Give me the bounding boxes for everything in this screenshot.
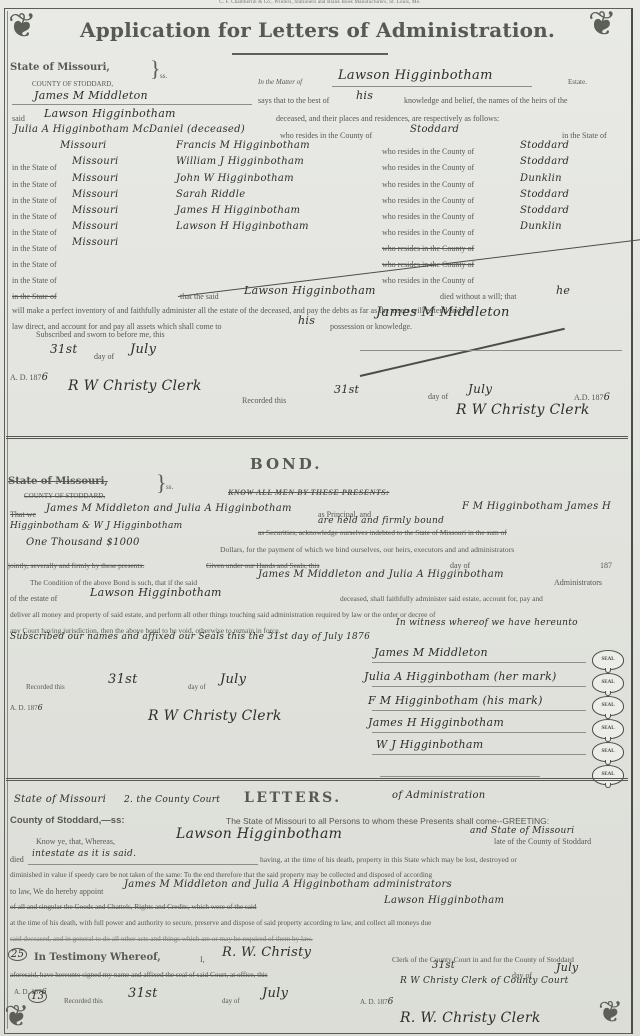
who-resides-label: who resides in the County of bbox=[382, 228, 474, 237]
letters-title: LETTERS. bbox=[244, 790, 342, 806]
document-page: C. F. Chamberlin & Co., Printers, Statio… bbox=[0, 0, 640, 1036]
decedent-name: Lawson Higginbotham bbox=[244, 284, 376, 297]
bond-ad: A. D. 1876 bbox=[10, 703, 43, 712]
signature-line bbox=[372, 686, 586, 687]
in-state-label: in the State of bbox=[12, 180, 57, 189]
recorded-day: 31st bbox=[108, 672, 138, 687]
signature-line bbox=[372, 662, 586, 663]
title-divider bbox=[232, 53, 388, 55]
month-value: July bbox=[130, 342, 156, 357]
heir-county: Stoddard bbox=[520, 205, 569, 216]
administrators: James M Middleton and Julia A Higginboth… bbox=[258, 569, 504, 580]
said-deceased-text: said deceased, and in general to do all … bbox=[10, 935, 313, 943]
office-month: July bbox=[556, 961, 578, 974]
heir-county: Dunklin bbox=[520, 221, 562, 232]
in-state-label: in the State of bbox=[12, 292, 57, 301]
recorded-day: 31st bbox=[334, 383, 359, 396]
heir-name: Francis M Higginbotham bbox=[176, 140, 310, 151]
corner-ornament-bottom-left-icon: ❦ bbox=[4, 1002, 29, 1032]
intestate-note: intestate as it is said. bbox=[32, 849, 136, 859]
who-resides-label: who resides in the County of bbox=[382, 276, 474, 285]
seal-icon: SEAL bbox=[592, 765, 624, 785]
heir-name: James H Higginbotham bbox=[176, 205, 300, 216]
who-resides-label: who resides in the County of bbox=[280, 131, 372, 140]
i-label: I, bbox=[200, 955, 205, 964]
heir-name: William J Higginbotham bbox=[176, 156, 304, 167]
that-said-label: that the said bbox=[180, 292, 219, 301]
applicant-name: James M Middleton bbox=[34, 89, 148, 102]
heir-state: Missouri bbox=[60, 140, 107, 151]
brace: } bbox=[156, 472, 167, 494]
office-day: 31st bbox=[432, 960, 455, 971]
day-value: 31st bbox=[50, 342, 77, 356]
diminished-text: diminished in value if speedy care be no… bbox=[10, 871, 432, 879]
as-securities-text: as Securities, acknowledge ourselves ind… bbox=[258, 528, 507, 537]
heir-state: Missouri bbox=[72, 156, 119, 167]
application-county: COUNTY OF STODDARD, bbox=[32, 80, 113, 88]
bond-signature: F M Higginbotham (his mark) bbox=[368, 694, 543, 707]
clerk-county-court-signature: R W Christy Clerk of County Court bbox=[400, 976, 569, 986]
in-state-label: in the State of bbox=[562, 131, 607, 140]
brace: } bbox=[150, 58, 161, 80]
recorded-day-of-label: day of bbox=[428, 392, 448, 401]
county-court-note: 2. the County Court bbox=[124, 795, 220, 805]
sureties: F M Higginbotham James H bbox=[462, 501, 611, 512]
fill-line bbox=[28, 864, 258, 865]
bond-signature: Julia A Higginbotham (her mark) bbox=[364, 670, 557, 683]
bond-signature: James H Higginbotham bbox=[368, 716, 504, 729]
signature-line bbox=[372, 710, 586, 711]
applicant-signature: James M Middleton bbox=[376, 305, 510, 320]
principals: James M Middleton and Julia A Higginboth… bbox=[46, 503, 292, 514]
heir-county: Stoddard bbox=[520, 189, 569, 200]
bond-title: BOND. bbox=[250, 455, 322, 473]
faithfully-text: deceased, shall faithfully administer sa… bbox=[340, 594, 543, 603]
application-state: State of Missouri, bbox=[10, 62, 110, 73]
signature-line bbox=[372, 732, 586, 733]
heir-state: Missouri bbox=[72, 189, 119, 200]
in-state-label: in the State of bbox=[12, 228, 57, 237]
subscribed-text: Subscribed and sworn to before me, this bbox=[36, 330, 165, 339]
decedent-name: Lawson Higginbotham bbox=[176, 826, 342, 842]
heir-county: Stoddard bbox=[520, 156, 569, 167]
recorded-month: July bbox=[262, 986, 288, 1001]
ss-label: ss. bbox=[166, 483, 173, 491]
clerk-of-text: Clerk of the County Court in and for the… bbox=[392, 955, 574, 964]
late-of-text: late of the County of Stoddard bbox=[494, 837, 591, 846]
who-resides-label: who resides in the County of bbox=[382, 180, 474, 189]
who-resides-label: who resides in the County of bbox=[382, 147, 474, 156]
seal-icon: SEAL bbox=[592, 719, 624, 739]
corner-ornament-right-icon: ❦ bbox=[588, 8, 617, 42]
in-state-label: in the State of bbox=[12, 212, 57, 221]
heir-name: Lawson H Higginbotham bbox=[176, 221, 309, 232]
that-we-label: That we bbox=[10, 510, 36, 519]
final-clerk-signature: R. W. Christy Clerk bbox=[400, 1010, 541, 1026]
decedent-name: Lawson Higginbotham bbox=[44, 107, 176, 120]
aforesaid-text: aforesaid, have hereunto signed my name … bbox=[10, 971, 268, 979]
decedent-name: Lawson Higginbotham bbox=[338, 68, 493, 83]
died-text: died without a will; that bbox=[440, 292, 516, 301]
fill-line bbox=[332, 86, 532, 87]
corner-ornament-bottom-right-icon: ❦ bbox=[598, 998, 623, 1028]
section-divider bbox=[6, 436, 628, 439]
heir-state: Missouri bbox=[72, 221, 119, 232]
who-resides-label: who resides in the County of bbox=[382, 196, 474, 205]
who-resides-label: who resides in the County of bbox=[382, 212, 474, 221]
recorded-month: July bbox=[468, 382, 492, 396]
to-law-text: to law, We do hereby appoint bbox=[10, 887, 103, 896]
in-state-label: in the State of bbox=[12, 163, 57, 172]
subscribed-clause: Subscribed our names and affixed our Sea… bbox=[10, 632, 370, 642]
heir-state: Missouri bbox=[72, 173, 119, 184]
clerk-name: R. W. Christy bbox=[222, 945, 311, 960]
signature-line bbox=[372, 754, 586, 755]
recorded-this-label: Recorded this bbox=[242, 396, 286, 405]
greeting-text: The State of Missouri to all Persons to … bbox=[226, 816, 549, 826]
pronoun: he bbox=[556, 284, 570, 297]
heir-county: Stoddard bbox=[520, 140, 569, 151]
bond-amount: One Thousand $1000 bbox=[26, 537, 140, 548]
of-estate-label: of the estate of bbox=[10, 594, 57, 603]
heir-county: Stoddard bbox=[410, 124, 459, 135]
administrator-label: Administrators bbox=[554, 578, 602, 587]
section-divider bbox=[6, 778, 628, 781]
know-all-text: KNOW ALL MEN BY THESE PRESENTS: bbox=[228, 488, 389, 497]
died-label: died bbox=[10, 855, 24, 864]
corner-ornament-left-icon: ❦ bbox=[8, 10, 37, 44]
appointees: James M Middleton and Julia A Higginboth… bbox=[124, 879, 452, 890]
recorded-this-label: Recorded this bbox=[26, 683, 65, 691]
in-state-label: in the State of bbox=[12, 196, 57, 205]
held-bound-insert: are held and firmly bound bbox=[318, 516, 444, 526]
seal-icon: SEAL bbox=[592, 673, 624, 693]
heir-state: Missouri bbox=[72, 205, 119, 216]
deliver-text: deliver all money and property of said e… bbox=[10, 610, 435, 619]
heir-name: Julia A Higginbotham McDaniel (deceased) bbox=[14, 124, 245, 135]
pronoun: his bbox=[298, 314, 315, 327]
recorded-day: 31st bbox=[128, 986, 158, 1001]
said-label: said bbox=[12, 114, 25, 123]
recorded-day-of-label: day of bbox=[188, 683, 206, 691]
clerk-signature: R W Christy Clerk bbox=[68, 378, 202, 394]
recording-clerk-signature: R W Christy Clerk bbox=[456, 402, 590, 418]
clerk-signature: R W Christy Clerk bbox=[148, 708, 282, 724]
heir-name: Sarah Riddle bbox=[176, 189, 245, 200]
in-state-label: in the State of bbox=[12, 244, 57, 253]
dollars-text: Dollars, for the payment of which we bin… bbox=[220, 545, 514, 554]
estate-label: Estate. bbox=[568, 78, 587, 86]
deceased-text: deceased, and their places and residence… bbox=[276, 114, 499, 123]
recorded-month: July bbox=[220, 672, 246, 687]
jointly-text: jointly, severally and firmly by these p… bbox=[8, 561, 144, 570]
signature-line bbox=[360, 350, 622, 351]
signature-line bbox=[380, 776, 540, 777]
pronoun: his bbox=[356, 89, 373, 102]
day-of-label: day of bbox=[94, 352, 114, 361]
printer-line: C. F. Chamberlin & Co., Printers, Statio… bbox=[0, 0, 640, 5]
letters-county: County of Stoddard,—ss: bbox=[10, 815, 125, 826]
application-title: Application for Letters of Administratio… bbox=[80, 18, 555, 42]
decedent-name: Lawson Higginbotham bbox=[384, 895, 504, 906]
in-state-label: in the State of bbox=[12, 276, 57, 285]
recorded-day-of-label: day of bbox=[222, 997, 240, 1005]
fill-line bbox=[12, 104, 252, 105]
state-addendum: and State of Missouri bbox=[470, 826, 574, 836]
possession-text: possession or knowledge. bbox=[330, 322, 412, 331]
ad-label: A. D. 1876 bbox=[10, 372, 48, 383]
bond-signature: James M Middleton bbox=[374, 646, 488, 659]
letters-recorded-ad: A. D. 1876 bbox=[360, 997, 394, 1007]
know-ye-text: Know ye, that, Whereas, bbox=[36, 837, 115, 846]
letters-title-addendum: of Administration bbox=[392, 790, 486, 801]
knowledge-text: knowledge and belief, the names of the h… bbox=[404, 96, 568, 105]
bond-state: State of Missouri, bbox=[8, 476, 108, 487]
heir-county: Dunklin bbox=[520, 173, 562, 184]
ss-label: ss. bbox=[160, 72, 167, 80]
seal-icon: SEAL bbox=[592, 742, 624, 762]
having-text: having, at the time of his death, proper… bbox=[260, 855, 517, 864]
sureties: Higginbotham & W J Higginbotham bbox=[10, 521, 182, 531]
heir-state: Missouri bbox=[72, 237, 119, 248]
says-text: says that to the best of bbox=[258, 96, 329, 105]
in-state-label: in the State of bbox=[12, 260, 57, 269]
who-resides-label: who resides in the County of bbox=[382, 163, 474, 172]
recorded-this-label: Recorded this bbox=[64, 997, 103, 1005]
of-all-text: of all and singular the Goods and Chatte… bbox=[10, 903, 257, 911]
seal-icon: SEAL bbox=[592, 650, 624, 670]
decedent-name: Lawson Higginbotham bbox=[90, 586, 222, 599]
testimony-heading: In Testimony Whereof, bbox=[34, 952, 161, 963]
seal-icon: SEAL bbox=[592, 696, 624, 716]
who-resides-label: who resides in the County of bbox=[382, 244, 474, 253]
in-matter-label: In the Matter of bbox=[258, 78, 302, 86]
heir-name: John W Higginbotham bbox=[176, 173, 294, 184]
witness-clause: In witness whereof we have hereunto bbox=[396, 618, 578, 628]
bond-county: COUNTY OF STODDARD, bbox=[24, 492, 105, 500]
time-text: at the time of his death, with full powe… bbox=[10, 919, 431, 927]
bond-signature: W J Higginbotham bbox=[376, 738, 483, 751]
year-blank: 187 bbox=[600, 561, 612, 570]
letters-state: State of Missouri bbox=[14, 794, 106, 805]
